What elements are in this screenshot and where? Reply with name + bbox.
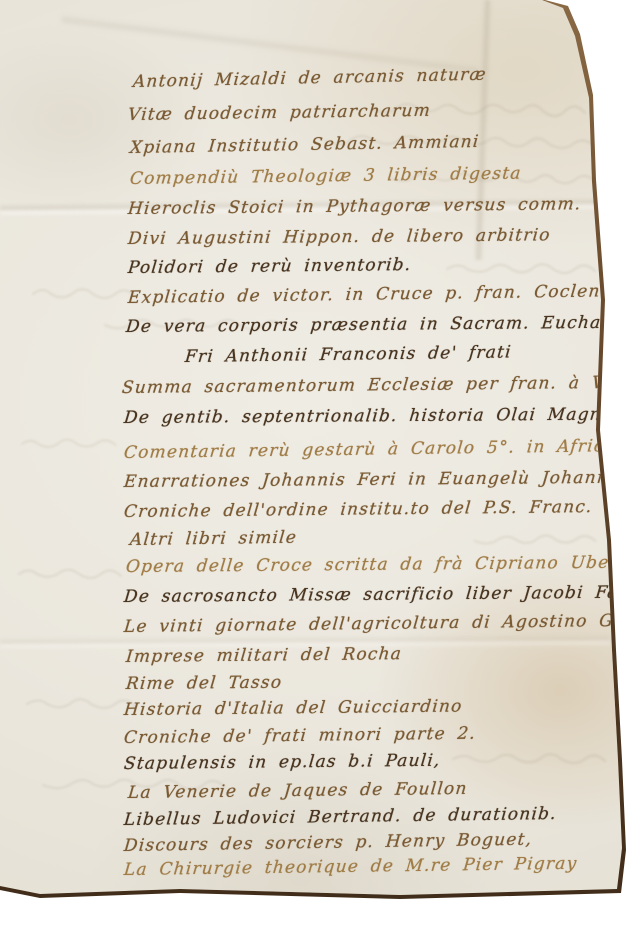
manuscript-line: Historia d'Italia del Guicciardino xyxy=(123,696,463,720)
manuscript-line: Libellus Ludovici Bertrand. de durationi… xyxy=(123,804,558,830)
manuscript-line: Enarrationes Johannis Feri in Euangelù J… xyxy=(123,468,626,492)
manuscript-line: Altri libri simile xyxy=(129,528,298,550)
ink-showthrough xyxy=(10,690,140,718)
manuscript-line: La Venerie de Jaques de Foullon xyxy=(127,779,468,803)
scanned-manuscript-page: Antonij Mizaldi de arcanis naturæVitæ du… xyxy=(0,0,640,950)
manuscript-line: La Chirurgie theorique de M.re Pier Pigr… xyxy=(123,854,578,880)
manuscript-line: Explicatio de victor. in Cruce p. fran. … xyxy=(127,280,640,308)
manuscript-line: Fri Anthonii Franconis de' frati xyxy=(184,342,513,367)
manuscript-line: Imprese militari del Rocha xyxy=(125,644,403,667)
manuscript-line: Divi Augustini Hippon. de libero arbitri… xyxy=(127,225,552,249)
manuscript-line: Discours des sorciers p. Henry Boguet, xyxy=(123,830,533,856)
manuscript-line: Rime del Tasso xyxy=(125,673,283,694)
manuscript-line: Le vinti giornate dell'agricoltura di Ag… xyxy=(123,611,640,637)
manuscript-line: Antonij Mizaldi de arcanis naturæ xyxy=(132,65,487,92)
manuscript-line: Comentaria rerù gestarù à Carolo 5°. in … xyxy=(123,436,617,463)
manuscript-line: Stapulensis in ep.las b.i Pauli, xyxy=(123,751,441,774)
ink-showthrough xyxy=(430,255,600,283)
manuscript-line: De sacrosancto Missæ sacrificio liber Ja… xyxy=(123,582,640,607)
manuscript-line: Vitæ duodecim patriarcharum xyxy=(127,101,432,125)
ink-showthrough xyxy=(430,745,610,773)
ink-showthrough xyxy=(20,280,140,308)
manuscript-line: Opera delle Croce scritta da frà Ciprian… xyxy=(125,552,640,577)
manuscript-line: Hieroclis Stoici in Pythagoræ versus com… xyxy=(127,194,582,219)
manuscript-line: De gentib. septentrionalib. historia Ola… xyxy=(123,405,610,428)
paper-leaf: Antonij Mizaldi de arcanis naturæVitæ du… xyxy=(0,0,640,950)
manuscript-line: De vera corporis præsentia in Sacram. Eu… xyxy=(125,312,640,337)
manuscript-line: Summa sacramentorum Ecclesiæ per fran. à… xyxy=(121,372,640,398)
ink-showthrough xyxy=(440,525,600,553)
ink-showthrough xyxy=(6,560,126,588)
manuscript-line: Polidori de rerù inventorib. xyxy=(127,255,412,278)
manuscript-line: Croniche de' frati minori parte 2. xyxy=(123,724,477,748)
manuscript-line: Croniche dell'ordine institu.to del P.S.… xyxy=(123,497,594,522)
ink-showthrough xyxy=(10,430,120,458)
